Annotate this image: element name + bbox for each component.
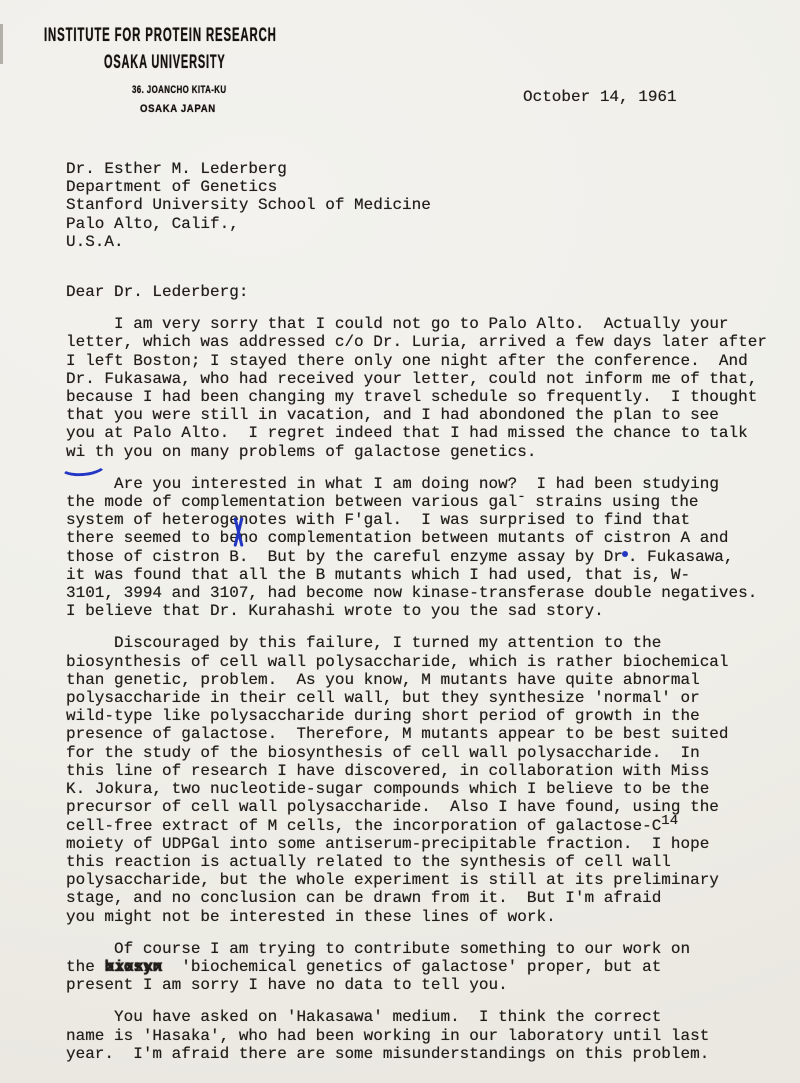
letterhead-institute: INSTITUTE FOR PROTEIN RESEARCH	[44, 25, 277, 47]
superscript: -	[517, 489, 525, 505]
letter-date: October 14, 1961	[523, 88, 677, 106]
letterhead-university: OSAKA UNIVERSITY	[104, 52, 226, 74]
paragraph-4: Of course I am trying to contribute some…	[66, 940, 790, 995]
paragraph-1: I am very sorry that I could not go to P…	[66, 315, 790, 461]
recipient-address: Dr. Esther M. Lederberg Department of Ge…	[66, 160, 790, 251]
salutation: Dear Dr. Lederberg:	[66, 283, 790, 301]
struck-out-word: biosyn	[104, 958, 162, 976]
superscript: 14	[661, 813, 678, 829]
paragraph-2: Are you interested in what I am doing no…	[66, 475, 790, 621]
paragraph-5: You have asked on 'Hakasawa' medium. I t…	[66, 1008, 790, 1063]
letter-page: INSTITUTE FOR PROTEIN RESEARCH OSAKA UNI…	[0, 0, 800, 1083]
scan-edge-artifact	[0, 24, 3, 64]
letter-body: I am very sorry that I could not go to P…	[66, 315, 790, 1063]
letterhead-city: OSAKA JAPAN	[140, 102, 216, 115]
paragraph-3: Discouraged by this failure, I turned my…	[66, 634, 790, 925]
letterhead-address: 36. JOANCHO KITA-KU	[132, 83, 227, 96]
